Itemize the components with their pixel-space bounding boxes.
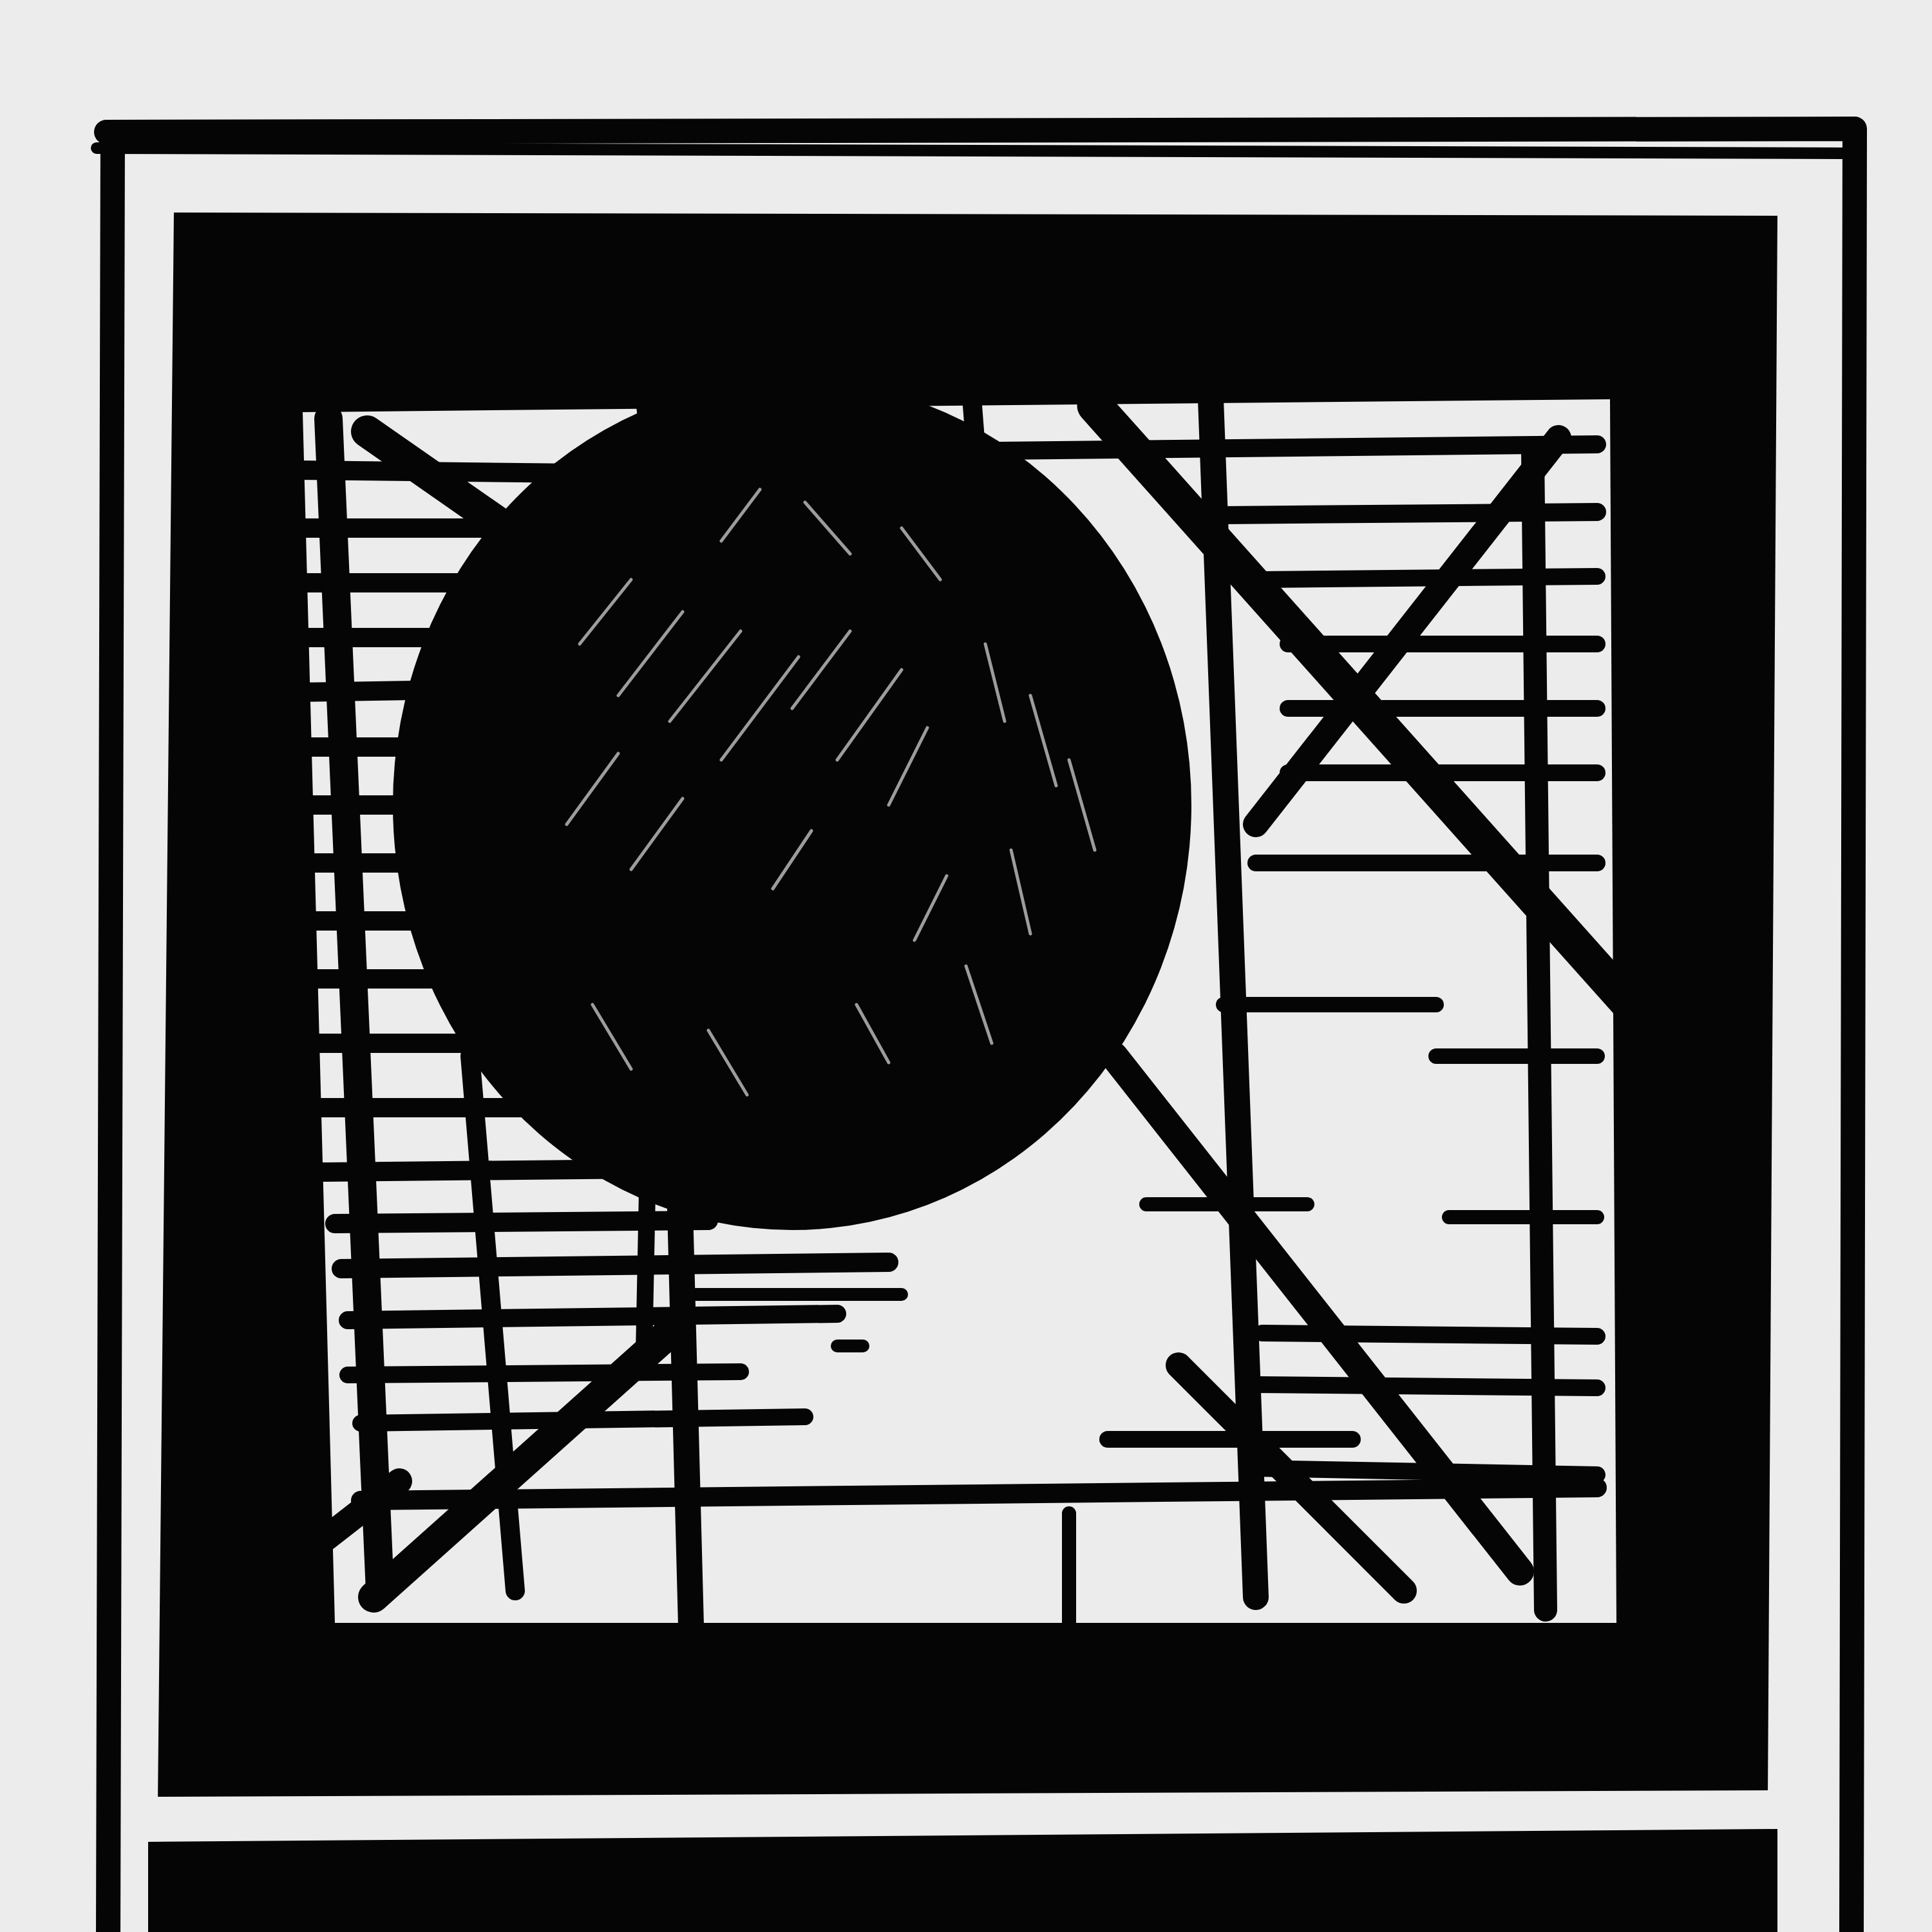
bottom-dark-band [148,1790,1777,1932]
hatched-sphere [393,380,1191,1230]
ink-drawing [0,0,1932,1932]
